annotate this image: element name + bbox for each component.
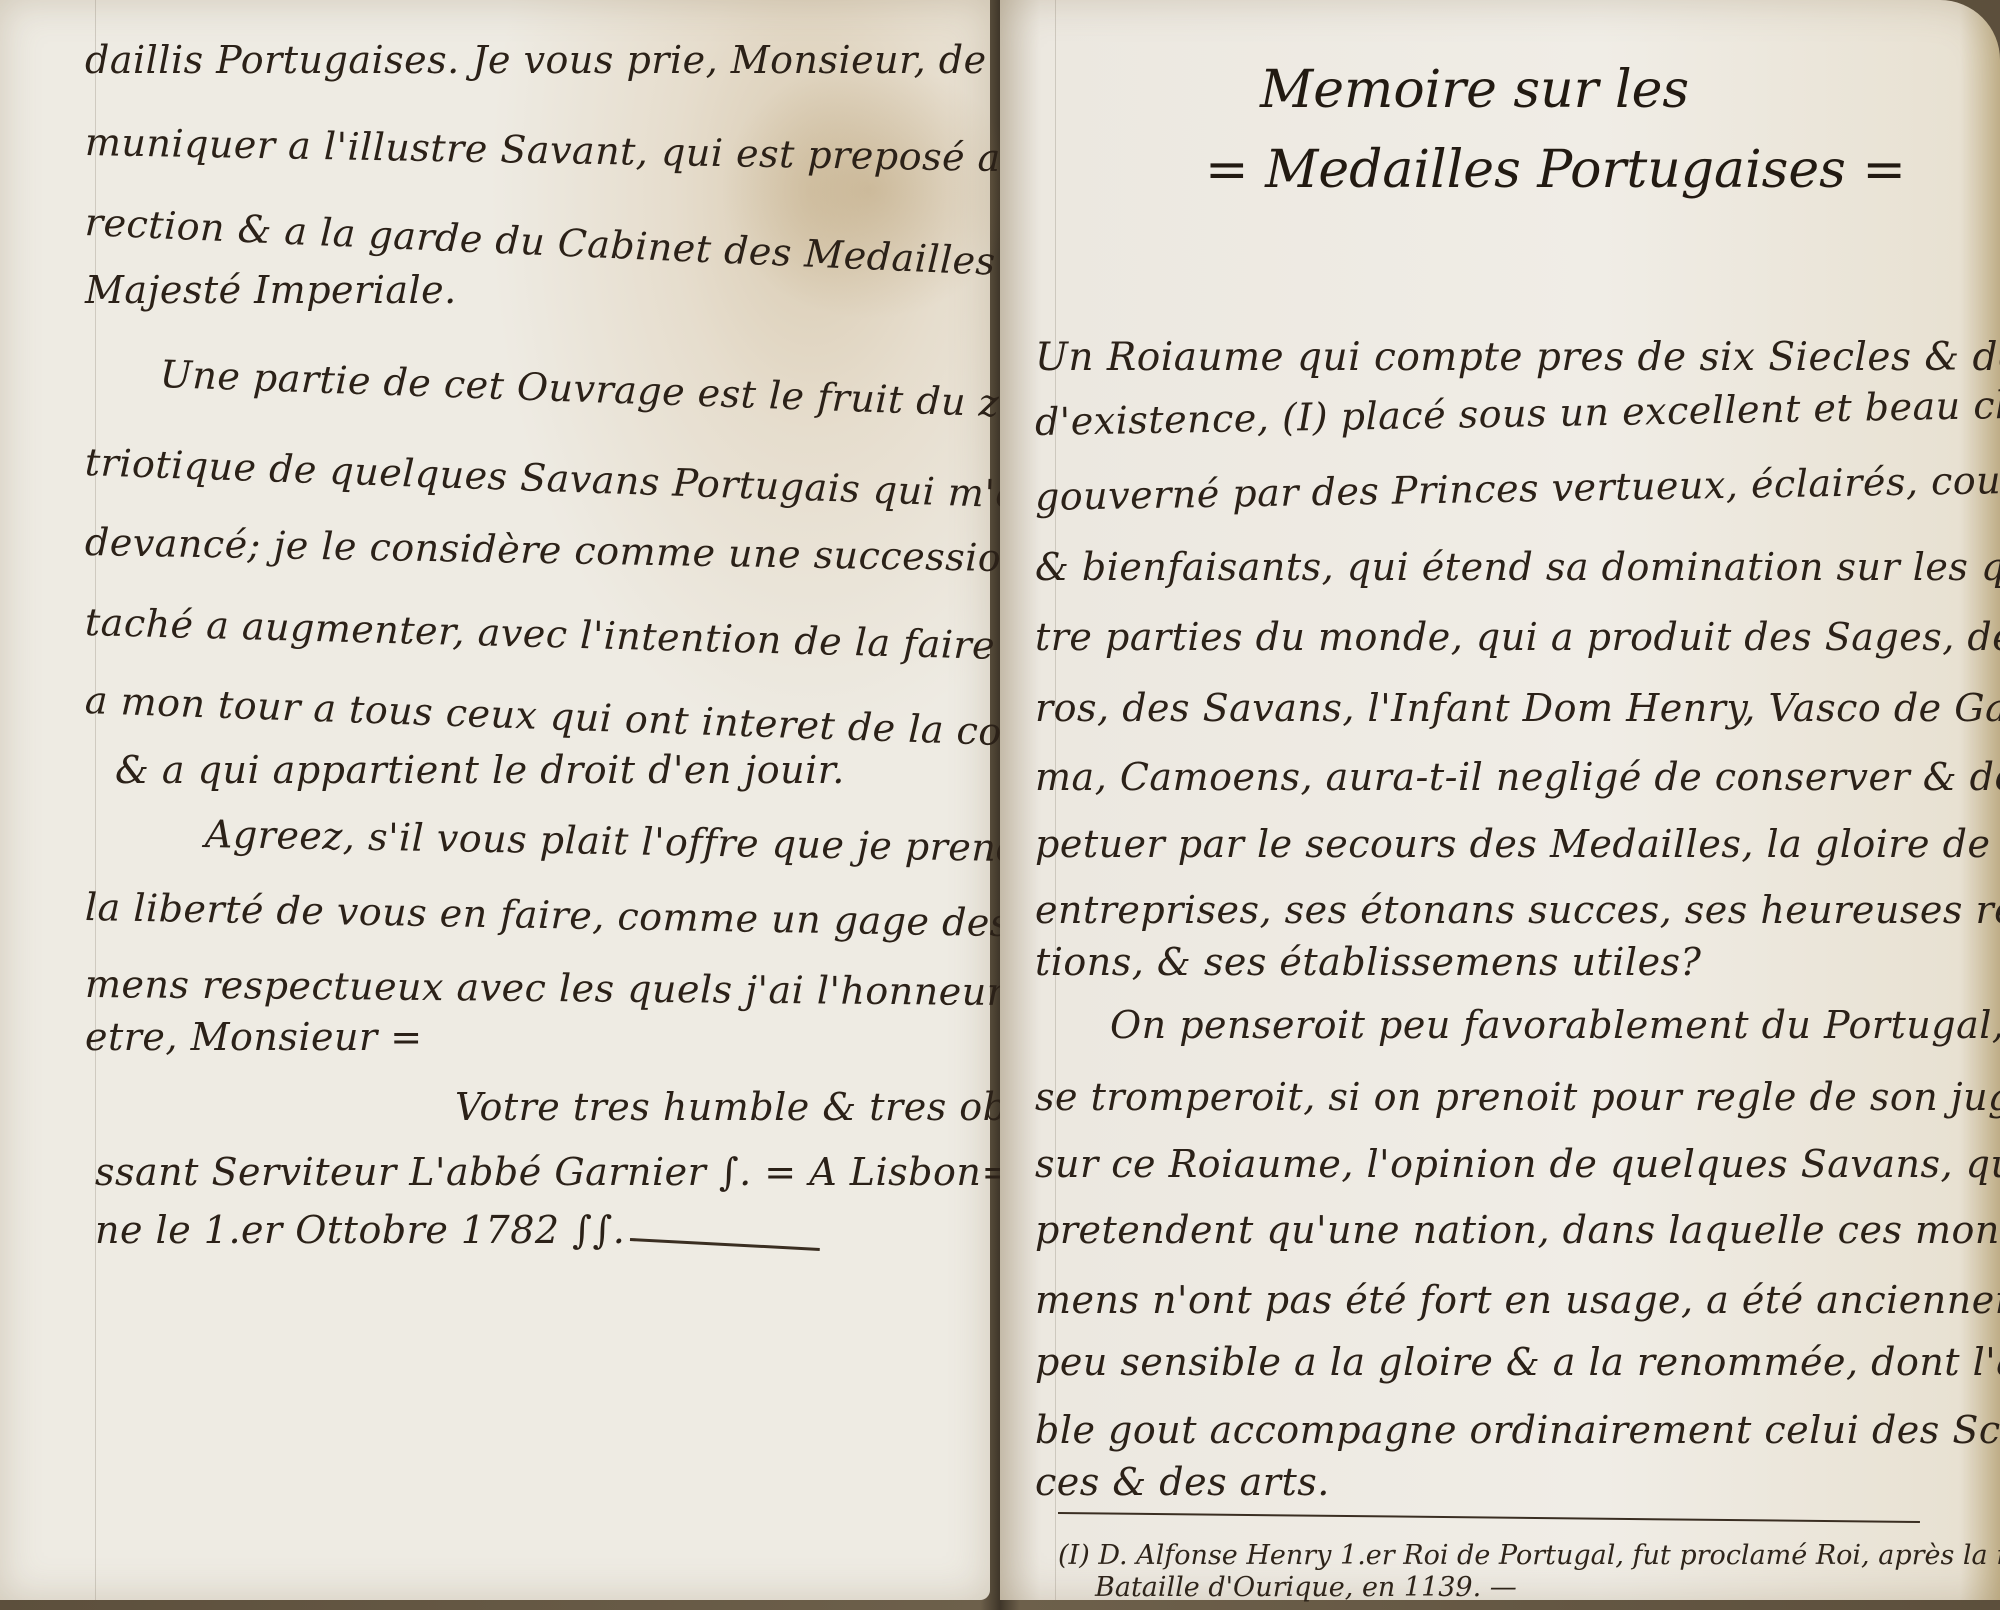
footnote-marker: (I) (1058, 1540, 1090, 1571)
text-line: d'existence, (I) placé sous un excellent… (1035, 381, 2000, 444)
text-line: mens respectueux avec les quels j'ai l'h… (85, 962, 1054, 1014)
text-line: etre, Monsieur = (85, 1015, 423, 1059)
text-line: & a qui appartient le droit d'en jouir. (115, 748, 845, 792)
text-line: ble gout accompagne ordinairement celui … (1035, 1408, 2000, 1452)
text-line: ces & des arts. (1035, 1460, 1330, 1504)
text-line: la liberté de vous en faire, comme un ga… (85, 885, 1152, 948)
text-line: & bienfaisants, qui étend sa domination … (1035, 545, 2000, 589)
text-line: tions, & ses établissemens utiles? (1035, 940, 1701, 984)
text-line: se tromperoit, si on prenoit pour regle … (1035, 1075, 2000, 1119)
text-line: peu sensible a la gloire & a la renommée… (1035, 1340, 2000, 1384)
text-line: pretendent qu'une nation, dans laquelle … (1035, 1208, 2000, 1252)
text-line: gouverné par des Princes vertueux, éclai… (1035, 456, 2000, 519)
text-line: On penseroit peu favorablement du Portug… (1110, 1003, 2000, 1047)
text-line: Agreez, s'il vous plait l'offre que je p… (205, 812, 1042, 871)
title-line-2: = Medailles Portugaises = (1205, 140, 1906, 200)
text-line: sur ce Roiaume, l'opinion de quelques Sa… (1035, 1142, 2000, 1186)
text-line: Un Roiaume qui compte pres de six Siecle… (1035, 335, 2000, 380)
signature-date: ne le 1.er Ottobre 1782 ∫∫. (95, 1208, 625, 1252)
footnote-line-1: (I) D. Alfonse Henry 1.er Roi de Portuga… (1058, 1540, 2000, 1571)
text-line: Majesté Imperiale. (85, 268, 457, 312)
right-page: Memoire sur les = Medailles Portugaises … (1000, 0, 2000, 1600)
title-line-1: Memoire sur les (1260, 60, 1689, 120)
text-line: triotique de quelques Savans Portugais q… (84, 440, 1060, 518)
text-line: petuer par le secours des Medailles, la … (1035, 822, 2000, 866)
text-line: ros, des Savans, l'Infant Dom Henry, Vas… (1035, 686, 2000, 730)
footnote-separator (1058, 1512, 1920, 1523)
text-line: daillis Portugaises. Je vous prie, Monsi… (85, 38, 1113, 82)
signature-signer: ssant Serviteur L'abbé Garnier ∫. = A Li… (95, 1150, 1014, 1194)
open-manuscript-book: daillis Portugaises. Je vous prie, Monsi… (0, 0, 2000, 1610)
left-page: daillis Portugaises. Je vous prie, Monsi… (0, 0, 990, 1600)
signature-closing: Votre tres humble & tres obei= (455, 1085, 1075, 1129)
text-line: tre parties du monde, qui a produit des … (1035, 615, 2000, 659)
text-line: ma, Camoens, aura-t-il negligé de conser… (1035, 755, 2000, 799)
text-line: mens n'ont pas été fort en usage, a été … (1035, 1278, 2000, 1322)
flourish-line (630, 1238, 820, 1251)
text-line: entreprises, ses étonans succes, ses heu… (1035, 888, 2000, 932)
text-line: taché a augmenter, avec l'intention de l… (84, 600, 1137, 672)
footnote-line-2: Bataille d'Ourique, en 1139. — (1095, 1572, 1517, 1603)
footnote-text: D. Alfonse Henry 1.er Roi de Portugal, f… (1098, 1540, 2000, 1571)
